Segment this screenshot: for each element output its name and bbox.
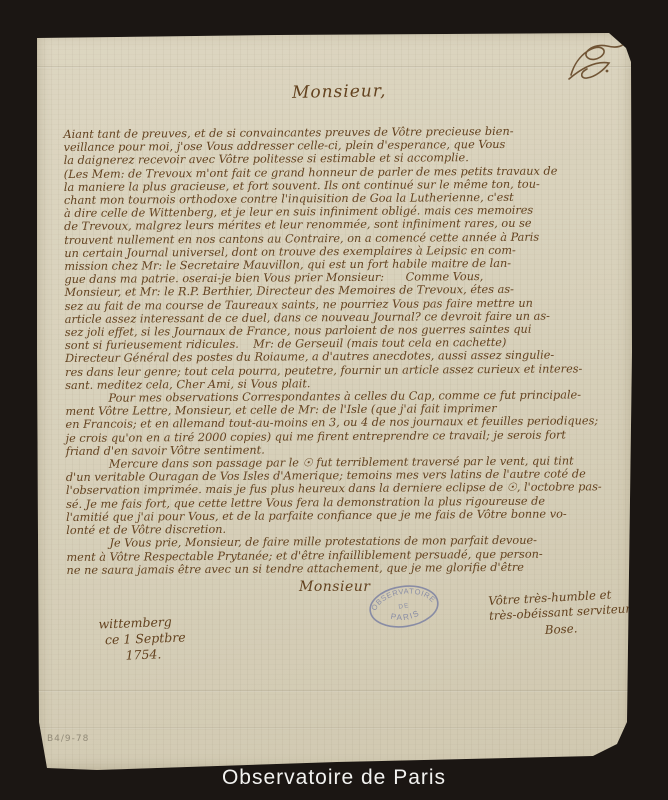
paraph-flourish-icon [557,37,632,92]
closing-word: Monsieur [299,579,370,595]
dateline-day: ce 1 Septbre [105,629,186,648]
svg-text:PARIS: PARIS [389,608,422,624]
dateline-year: 1754. [125,645,186,663]
letter-body: Aiant tant de preuves, et de si convainc… [63,124,632,577]
salutation: Monsieur, [292,81,387,103]
stamp-text-bottom: PARIS [389,608,422,624]
viewer-background: Monsieur, Aiant tant de preuves, et de s… [0,0,668,800]
signature-block: Vôtre très-humble et très-obéissant serv… [488,586,632,641]
paper-crease [37,727,632,729]
stamp-text-middle: DE [398,602,410,610]
observatory-stamp: OBSERVATOIRE DE PARIS [364,578,444,635]
image-caption: Observatoire de Paris [0,766,668,790]
shelfmark-pencil: B4/9-78 [47,734,89,744]
letter-page: Monsieur, Aiant tant de preuves, et de s… [37,32,632,770]
paper-crease [37,690,632,692]
paper-crease [37,66,632,68]
signature-name: Bose. [544,618,632,638]
dateline: wittemberg ce 1 Septbre 1754. [98,614,186,665]
